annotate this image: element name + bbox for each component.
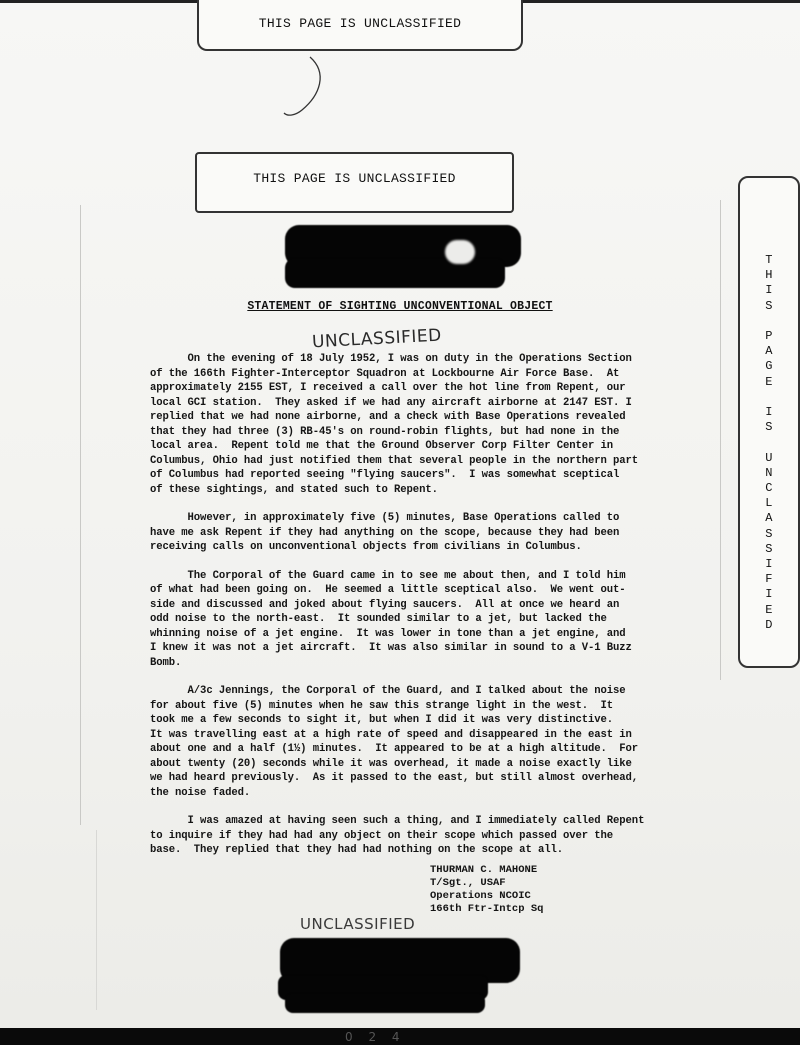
unclassified-banner-middle: THIS PAGE IS UNCLASSIFIED: [195, 152, 514, 213]
text-line: Columbus, Ohio had just notified them th…: [150, 454, 650, 469]
text-line: The Corporal of the Guard came in to see…: [150, 569, 650, 584]
scan-artifact-line: [80, 205, 81, 825]
text-line: we had heard previously. As it passed to…: [150, 771, 650, 786]
text-line: of Columbus had reported seeing "flying …: [150, 468, 650, 483]
text-line: that they had three (3) RB-45's on round…: [150, 425, 650, 440]
text-line: whinning noise of a jet engine. It was l…: [150, 627, 650, 642]
text-line: I was amazed at having seen such a thing…: [150, 814, 650, 829]
redaction-block: [285, 258, 505, 288]
statement-body: On the evening of 18 July 1952, I was on…: [150, 352, 650, 872]
unclassified-stamp: UNCLASSIFIED: [300, 915, 415, 933]
text-line: about twenty (20) seconds while it was o…: [150, 757, 650, 772]
text-line: A/3c Jennings, the Corporal of the Guard…: [150, 684, 650, 699]
text-line: receiving calls on unconventional object…: [150, 540, 650, 555]
signature-line: THURMAN C. MAHONE: [430, 864, 543, 877]
text-line: of what had been going on. He seemed a l…: [150, 583, 650, 598]
unclassified-banner-top: THIS PAGE IS UNCLASSIFIED: [197, 0, 523, 51]
banner-text: THIS PAGE IS UNCLASSIFIED: [199, 16, 521, 31]
statement-paragraph: I was amazed at having seen such a thing…: [150, 814, 650, 858]
pen-mark-squiggle: [280, 55, 330, 120]
text-line: of these sightings, and stated such to R…: [150, 483, 650, 498]
text-line: It was travelling east at a high rate of…: [150, 728, 650, 743]
scan-bottom-border: 0 2 4: [0, 1028, 800, 1045]
unclassified-stamp: UNCLASSIFIED: [312, 326, 443, 353]
text-line: have me ask Repent if they had anything …: [150, 526, 650, 541]
text-line: I knew it was not a jet aircraft. It was…: [150, 641, 650, 656]
text-line: for about five (5) minutes when he saw t…: [150, 699, 650, 714]
text-line: local area. Repent told me that the Grou…: [150, 439, 650, 454]
signature-line: 166th Ftr-Intcp Sq: [430, 903, 543, 916]
statement-paragraph: The Corporal of the Guard came in to see…: [150, 569, 650, 671]
banner-text: THIS PAGE IS UNCLASSIFIED: [197, 171, 512, 186]
text-line: odd noise to the north-east. It sounded …: [150, 612, 650, 627]
scan-artifact-line: [96, 830, 97, 1010]
banner-text-vertical: T H I S P A G E I S U N C L A S S I F I …: [763, 253, 775, 633]
text-line: the noise faded.: [150, 786, 650, 801]
text-line: of the 166th Fighter-Interceptor Squadro…: [150, 367, 650, 382]
signature-line: T/Sgt., USAF: [430, 877, 543, 890]
statement-paragraph: However, in approximately five (5) minut…: [150, 511, 650, 555]
text-line: Bomb.: [150, 656, 650, 671]
text-line: about one and a half (1½) minutes. It ap…: [150, 742, 650, 757]
text-line: On the evening of 18 July 1952, I was on…: [150, 352, 650, 367]
frame-number-faint: 0 2 4: [345, 1030, 406, 1044]
text-line: local GCI station. They asked if we had …: [150, 396, 650, 411]
signature-line: Operations NCOIC: [430, 890, 543, 903]
text-line: to inquire if they had had any object on…: [150, 829, 650, 844]
scan-artifact-line: [720, 200, 721, 680]
text-line: side and discussed and joked about flyin…: [150, 598, 650, 613]
document-page: THIS PAGE IS UNCLASSIFIED THIS PAGE IS U…: [0, 0, 800, 1028]
redaction-block: [285, 993, 485, 1013]
unclassified-banner-side: T H I S P A G E I S U N C L A S S I F I …: [738, 176, 800, 668]
text-line: replied that we had none airborne, and a…: [150, 410, 650, 425]
document-title: STATEMENT OF SIGHTING UNCONVENTIONAL OBJ…: [140, 300, 660, 313]
redaction-gap: [445, 240, 475, 264]
text-line: approximately 2155 EST, I received a cal…: [150, 381, 650, 396]
text-line: However, in approximately five (5) minut…: [150, 511, 650, 526]
statement-paragraph: A/3c Jennings, the Corporal of the Guard…: [150, 684, 650, 800]
signature-block: THURMAN C. MAHONET/Sgt., USAFOperations …: [430, 864, 543, 916]
statement-paragraph: On the evening of 18 July 1952, I was on…: [150, 352, 650, 497]
text-line: base. They replied that they had had not…: [150, 843, 650, 858]
text-line: took me a few seconds to sight it, but w…: [150, 713, 650, 728]
